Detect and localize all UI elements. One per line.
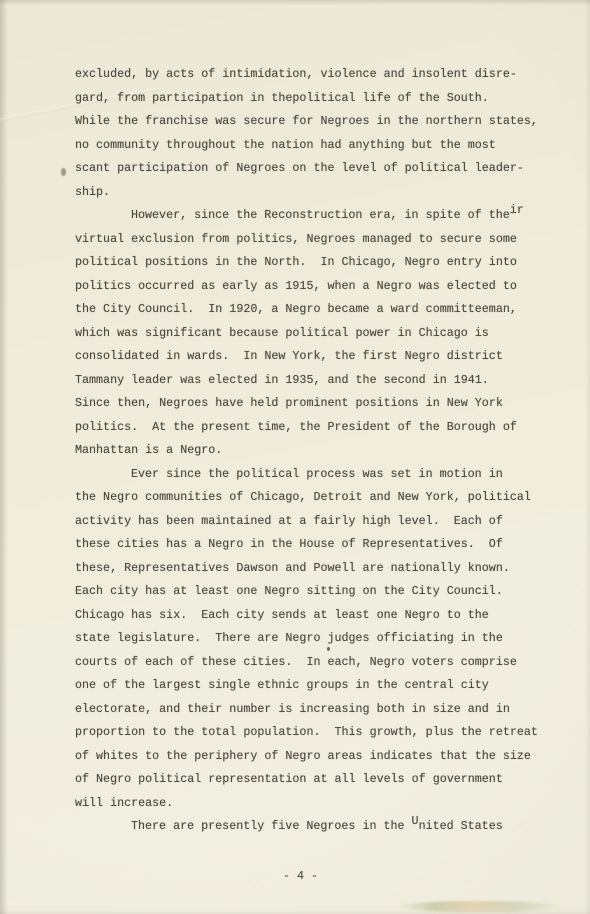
text-line: consolidated in wards. In New York, the … <box>75 345 559 369</box>
text-line: scant participation of Negroes on the le… <box>75 157 559 181</box>
text-line: one of the largest single ethnic groups … <box>75 674 559 698</box>
paragraph: Ever since the political process was set… <box>75 463 559 816</box>
text-line: Tammany leader was elected in 1935, and … <box>75 369 559 393</box>
text-line: proportion to the total population. This… <box>75 721 559 745</box>
paragraph: excluded, by acts of intimidation, viole… <box>75 63 559 204</box>
paragraph: However, since the Reconstruction era, i… <box>75 204 559 463</box>
text-line: of Negro political representation at all… <box>75 768 559 792</box>
text-line: these, Representatives Dawson and Powell… <box>75 557 559 581</box>
typed-text: excluded, by acts of intimidation, viole… <box>75 63 559 839</box>
text-line: politics occurred as early as 1915, when… <box>75 275 559 299</box>
text-line: activity has been maintained at a fairly… <box>75 510 559 534</box>
text-line: no community throughout the nation had a… <box>75 134 559 158</box>
text-line: of whites to the periphery of Negro area… <box>75 745 559 769</box>
text-line: political positions in the North. In Chi… <box>75 251 559 275</box>
text-line: gard, from participation in thepolitical… <box>75 87 559 111</box>
page-number: - 4 - <box>283 865 318 889</box>
text-line: ship. <box>75 181 559 205</box>
paper-edge-shadow-top <box>0 0 590 5</box>
text-line: There are presently five Negroes in the … <box>75 815 559 839</box>
text-line: Each city has at least one Negro sitting… <box>75 580 559 604</box>
raised-character: U <box>412 814 419 828</box>
text-line: these cities has a Negro in the House of… <box>75 533 559 557</box>
text-line: Since then, Negroes have held prominent … <box>75 392 559 416</box>
text-line: However, since the Reconstruction era, i… <box>75 204 559 228</box>
ink-speck <box>61 168 66 176</box>
paper-edge-shadow-left <box>0 0 8 914</box>
paper-smudge <box>398 901 563 912</box>
paper-sheet: excluded, by acts of intimidation, viole… <box>0 0 590 914</box>
text-line: Manhattan is a Negro. <box>75 439 559 463</box>
text-line: While the franchise was secure for Negro… <box>75 110 559 134</box>
text-line: politics. At the present time, the Presi… <box>75 416 559 440</box>
text-line: will increase. <box>75 792 559 816</box>
paper-edge-shadow-right <box>585 0 590 914</box>
text-line: electorate, and their number is increasi… <box>75 698 559 722</box>
paragraph: There are presently five Negroes in the … <box>75 815 559 839</box>
text-line: state legislature. There are Negro judge… <box>75 627 559 651</box>
text-line: Ever since the political process was set… <box>75 463 559 487</box>
text-line: excluded, by acts of intimidation, viole… <box>75 63 559 87</box>
text-line: Chicago has six. Each city sends at leas… <box>75 604 559 628</box>
text-line: virtual exclusion from politics, Negroes… <box>75 228 559 252</box>
text-line: which was significant because political … <box>75 322 559 346</box>
text-line: courts of each of these cities. In each,… <box>75 651 559 675</box>
text-line: the Negro communities of Chicago, Detroi… <box>75 486 559 510</box>
raised-character: ir <box>510 203 524 217</box>
text-line: the City Council. In 1920, a Negro becam… <box>75 298 559 322</box>
